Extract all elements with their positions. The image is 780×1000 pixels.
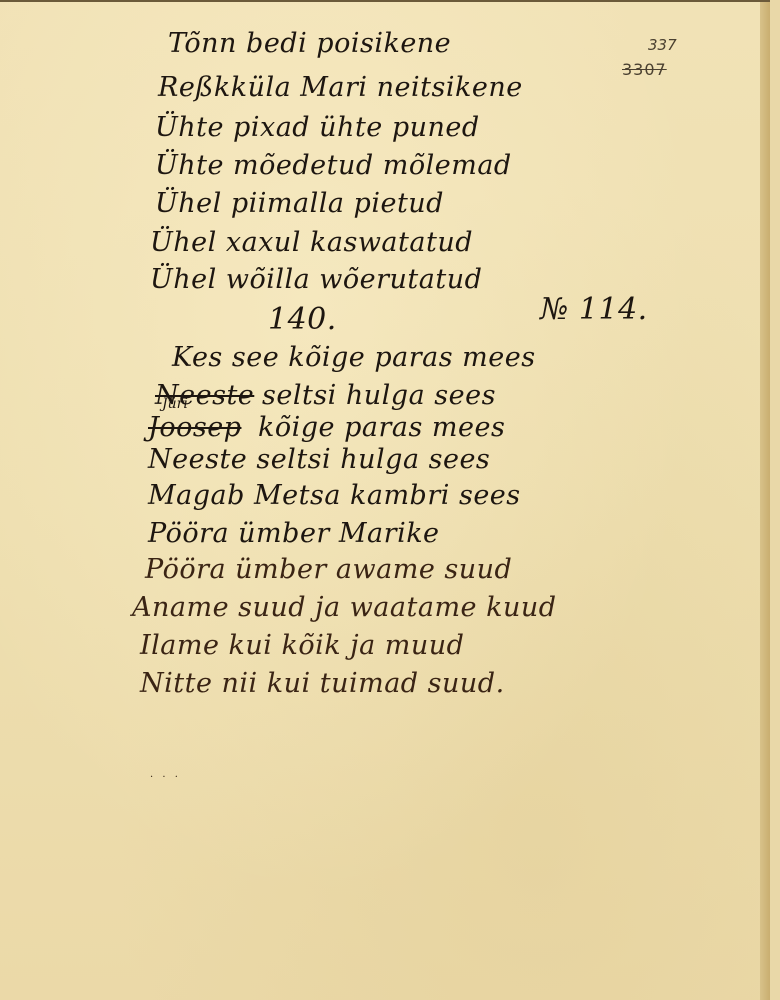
insert-above-word: Jüri: [162, 396, 188, 412]
stanza2-line-7: Pööra ümber awame suud: [145, 554, 512, 585]
struck-word: Joosep: [148, 412, 241, 443]
stanza2-line-5: Magab Metsa kambri sees: [148, 480, 521, 511]
archive-number: 337: [648, 36, 700, 54]
stanza1-line-7: Ühel wõilla wõerutatud: [150, 264, 482, 295]
ink-specks: · · ·: [150, 772, 181, 783]
stanza1-line-1: Tõnn bedi poisikene: [168, 28, 451, 59]
stanza2-line-10: Nitte nii kui tuimad suud.: [140, 668, 505, 699]
song-number-left: 140.: [268, 302, 337, 337]
song-number-right: № 114.: [540, 292, 648, 327]
stanza1-line-4: Ühte mõedetud mõlemad: [155, 150, 512, 181]
manuscript-page: 337 3307 Tõnn bedi poisikene Reßkküla Ma…: [0, 0, 770, 1000]
stanza2-line-2-rest: seltsi hulga sees: [262, 380, 496, 411]
stanza2-line-6: Pööra ümber Marike: [148, 518, 440, 549]
stanza2-line-9: Ilame kui kõik ja muud: [140, 630, 464, 661]
stanza1-line-3: Ühte pixad ühte puned: [155, 112, 480, 143]
archive-marks: 337 3307: [610, 36, 700, 79]
stanza2-line-8: Aname suud ja waatame kuud: [132, 592, 557, 623]
stanza2-line-1: Kes see kõige paras mees: [172, 342, 536, 373]
stanza1-line-2: Reßkküla Mari neitsikene: [158, 72, 523, 103]
page-edge: [760, 2, 770, 1000]
stanza2-line-4: Neeste seltsi hulga sees: [148, 444, 490, 475]
stanza2-line-3: Joosep: [148, 412, 241, 443]
stanza1-line-5: Ühel piimalla pietud: [155, 188, 444, 219]
stanza2-line-3-rest: kõige paras mees: [258, 412, 505, 443]
stanza1-line-6: Ühel xaxul kaswatatud: [150, 227, 473, 258]
archive-number-crossed-out: 3307: [622, 60, 700, 79]
